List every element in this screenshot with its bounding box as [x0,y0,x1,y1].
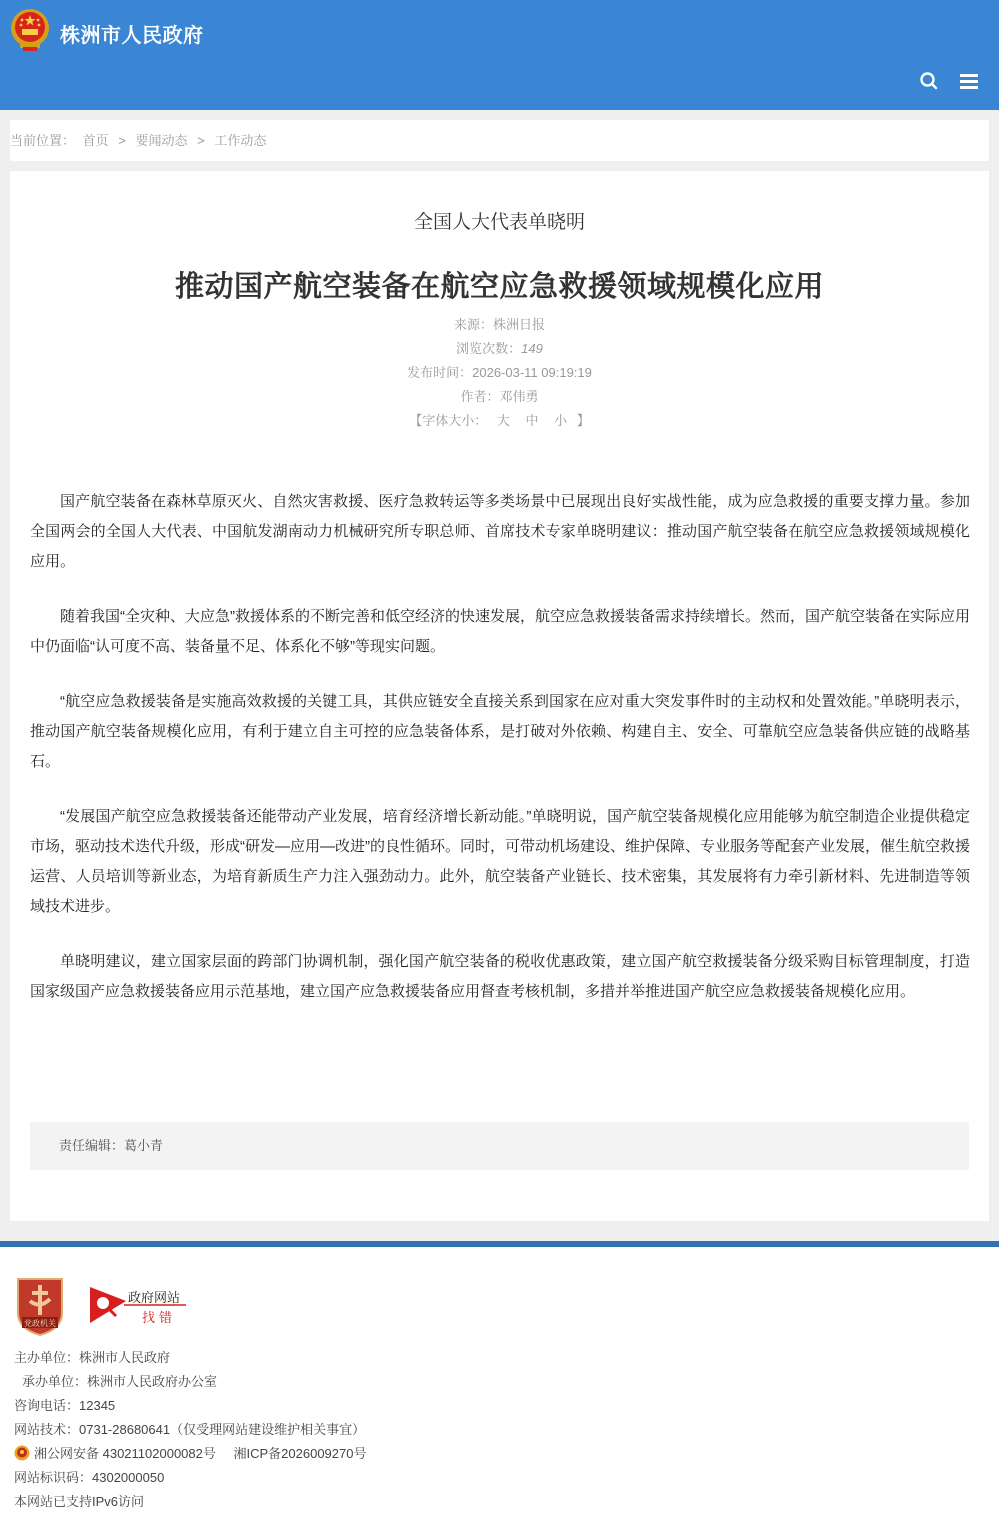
publish-label: 发布时间： [407,365,472,380]
source-label: 来源： [454,317,493,332]
search-icon[interactable] [919,71,939,91]
views-count: 149 [521,341,543,356]
site-code: 网站标识码：4302000050 [14,1466,366,1490]
source-line: 来源：株洲日报 [10,313,989,337]
police-record-link[interactable]: 湘公网安备 43021102000082号 [34,1446,216,1461]
views-line: 浏览次数：149 [10,337,989,361]
breadcrumb-label: 当前位置： [10,133,75,148]
national-emblem-icon[interactable] [10,8,50,52]
responsible-editor: 责任编辑：葛小青 [30,1122,969,1170]
gov-site-error-report-button[interactable]: 政府网站 找错 [90,1283,190,1328]
breadcrumb-separator: > [118,133,126,148]
font-size-small-button[interactable]: 小 [554,413,567,428]
footer-info: 主办单位：株洲市人民政府 承办单位：株洲市人民政府办公室 咨询电话：12345 … [14,1346,366,1514]
breadcrumb-home[interactable]: 首页 [83,133,109,148]
font-size-control: 【字体大小： 大 中 小 】 [10,409,989,433]
paragraph: 单晓明建议，建立国家层面的跨部门协调机制，强化国产航空装备的税收优惠政策，建立国… [30,947,970,1007]
sponsor: 主办单位：株洲市人民政府 [14,1346,366,1370]
site-title[interactable]: 株洲市人民政府 [60,19,204,48]
editor-name: 葛小青 [124,1138,163,1153]
author-label: 作者： [460,389,499,404]
article-title: 推动国产航空装备在航空应急救援领域规模化应用 [10,264,989,305]
font-size-large-button[interactable]: 大 [497,413,510,428]
font-size-close: 】 [577,413,590,428]
author-line: 作者：邓伟勇 [10,385,989,409]
paragraph: 国产航空装备在森林草原灭火、自然灾害救援、医疗急救转运等多类场景中已展现出良好实… [30,487,970,577]
publish-time-line: 发布时间：2026-03-11 09:19:19 [10,361,989,385]
font-size-medium-button[interactable]: 中 [525,413,538,428]
views-label: 浏览次数： [456,341,521,356]
police-badge-icon [14,1445,30,1461]
article-container: 全国人大代表单晓明 推动国产航空装备在航空应急救援领域规模化应用 来源：株洲日报… [10,171,989,1221]
editor-label: 责任编辑： [59,1138,124,1153]
font-size-label: 【字体大小： [409,413,487,428]
breadcrumb: 当前位置： 首页 > 要闻动态 > 工作动态 [10,120,989,161]
ipv6-support: 本网站已支持IPv6访问 [14,1490,366,1514]
hotline: 咨询电话：12345 [14,1394,366,1418]
error-report-top: 政府网站 [128,1287,180,1306]
record-line: 湘公网安备 43021102000082号 湘ICP备2026009270号 [14,1442,366,1466]
breadcrumb-separator: > [197,133,205,148]
breadcrumb-news[interactable]: 要闻动态 [136,133,188,148]
publish-time: 2026-03-11 09:19:19 [472,365,592,380]
paragraph: 随着我国“全灾种、大应急”救援体系的不断完善和低空经济的快速发展，航空应急救援装… [30,602,970,662]
author-value: 邓伟勇 [500,389,539,404]
tech-support: 网站技术：0731-28680641（仅受理网站建设维护相关事宜） [14,1418,366,1442]
source-value: 株洲日报 [493,317,545,332]
party-government-badge-icon[interactable]: 党政机关 [14,1275,66,1337]
hamburger-menu-icon[interactable] [958,71,980,91]
article-body: 国产航空装备在森林草原灭火、自然灾害救援、医疗急救转运等多类场景中已展现出良好实… [30,487,970,1032]
paragraph: “航空应急救援装备是实施高效救援的关键工具，其供应链安全直接关系到国家在应对重大… [30,687,970,777]
site-footer: 党政机关 政府网站 找错 主办单位：株洲市人民政府 承办单位：株洲市人民政府办公… [0,1247,999,1534]
article-subtitle: 全国人大代表单晓明 [10,207,989,234]
icp-record-link[interactable]: 湘ICP备2026009270号 [234,1446,367,1461]
article-meta: 来源：株洲日报 浏览次数：149 发布时间：2026-03-11 09:19:1… [10,313,989,433]
breadcrumb-work-news[interactable]: 工作动态 [214,133,266,148]
badge-text: 党政机关 [24,1318,56,1328]
site-header: 株洲市人民政府 [0,0,999,110]
error-report-bottom: 找错 [142,1307,176,1326]
paragraph: “发展国产航空应急救援装备还能带动产业发展，培育经济增长新动能。”单晓明说，国产… [30,802,970,922]
organizer: 承办单位：株洲市人民政府办公室 [14,1370,366,1394]
